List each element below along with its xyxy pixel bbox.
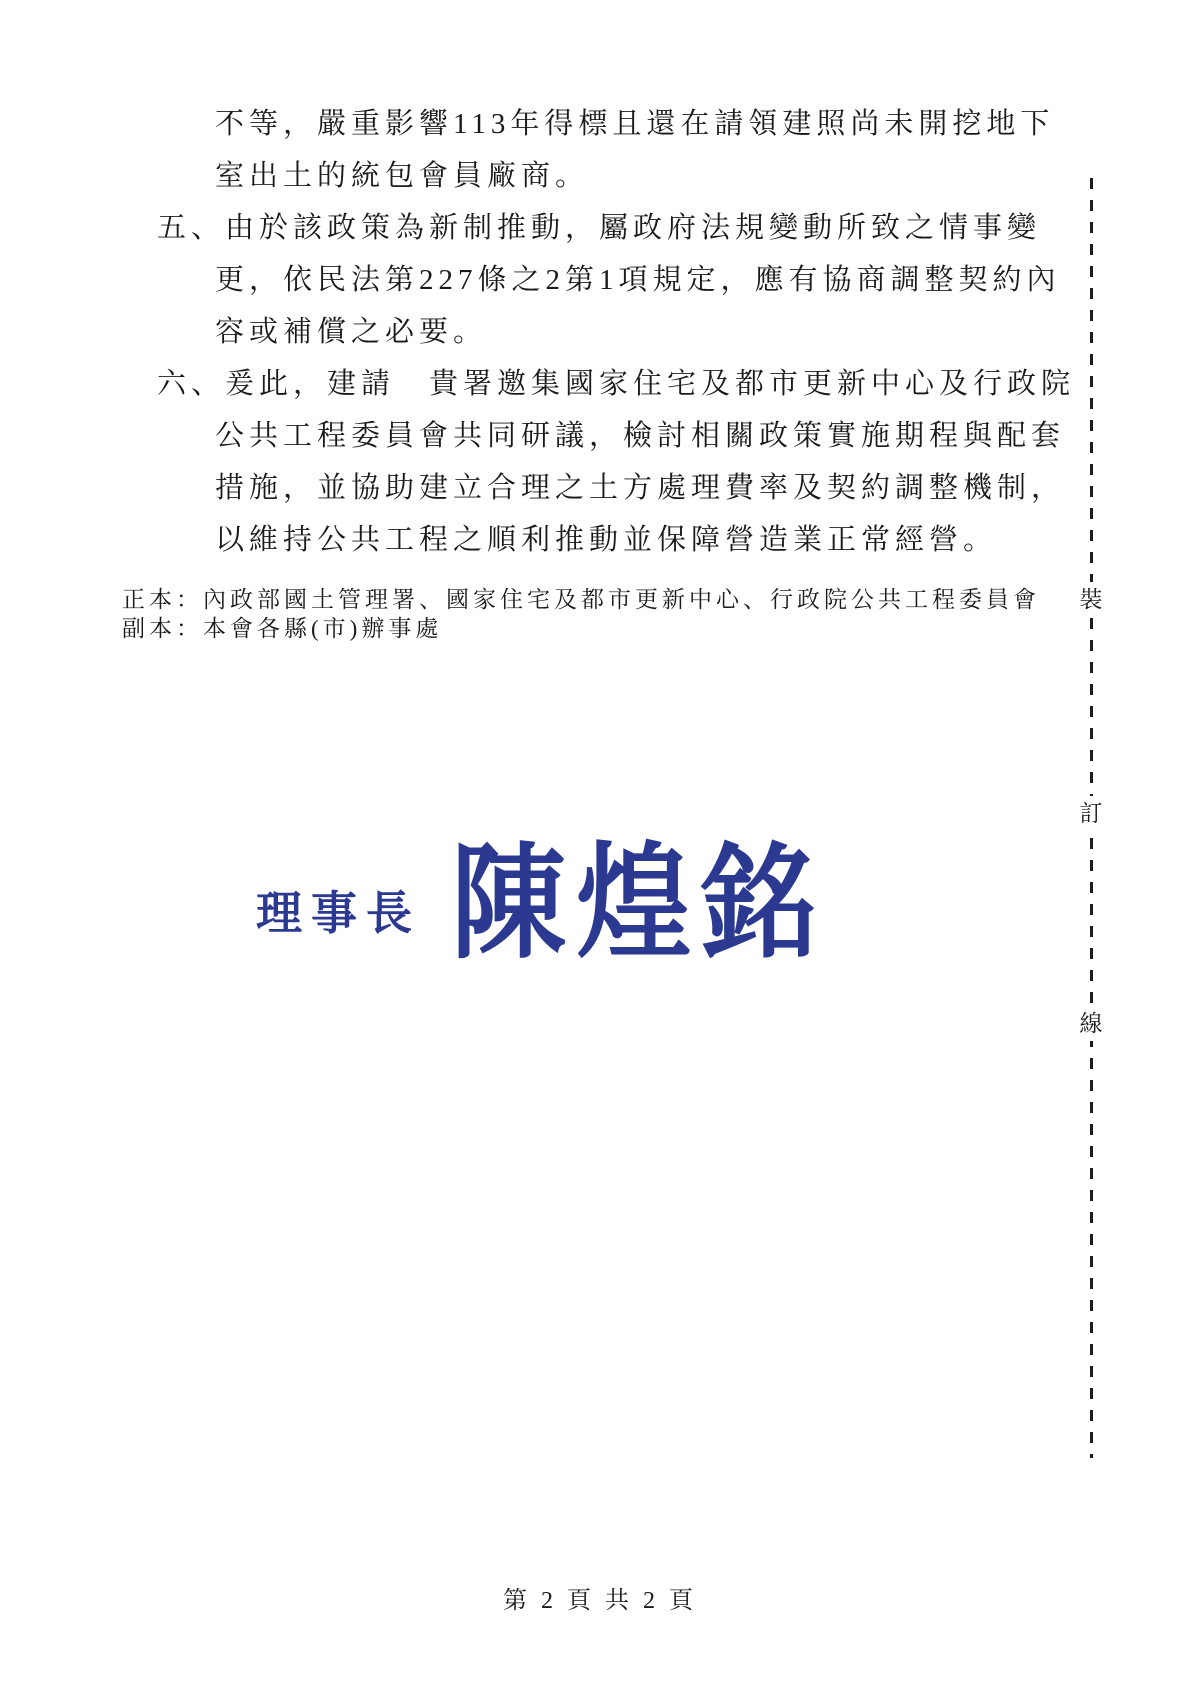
signature-block: 理事長 陳煌銘 (256, 812, 826, 972)
signature-name: 陳煌銘 (451, 803, 826, 981)
cc-recipients-line: 副本：本會各縣(市)辦事處 (122, 614, 1042, 643)
binding-label-bottom: 線 (1080, 1006, 1103, 1041)
original-recipients-line: 正本：內政部國土管理署、國家住宅及都市更新中心、行政院公共工程委員會 (122, 585, 1042, 614)
binding-label-top: 裝 (1080, 582, 1103, 617)
body-line-item-5: 五、由於該政策為新制推動，屬政府法規變動所致之情事變 (157, 202, 1067, 254)
letter-body: 不等，嚴重影響113年得標且還在請領建照尚未開挖地下 室出土的統包會員廠商。 五… (157, 98, 1067, 566)
page-number: 第 2 頁 共 2 頁 (0, 1580, 1200, 1615)
letter-page: 不等，嚴重影響113年得標且還在請領建照尚未開挖地下 室出土的統包會員廠商。 五… (0, 0, 1200, 1697)
body-line: 室出土的統包會員廠商。 (157, 150, 1067, 202)
body-line: 不等，嚴重影響113年得標且還在請領建照尚未開挖地下 (157, 98, 1067, 150)
body-line: 措施，並協助建立合理之土方處理費率及契約調整機制， (157, 462, 1067, 514)
body-line: 更，依民法第227條之2第1項規定，應有協商調整契約內 (157, 254, 1067, 306)
recipients-block: 正本：內政部國土管理署、國家住宅及都市更新中心、行政院公共工程委員會 副本：本會… (122, 585, 1042, 643)
binding-label-middle: 訂 (1080, 796, 1103, 831)
signature-title: 理事長 (256, 877, 421, 943)
body-line: 容或補償之必要。 (157, 306, 1067, 358)
body-line: 公共工程委員會共同研議，檢討相關政策實施期程與配套 (157, 410, 1067, 462)
body-line: 以維持公共工程之順利推動並保障營造業正常經營。 (157, 514, 1067, 566)
body-line-item-6: 六、爰此，建請 貴署邀集國家住宅及都市更新中心及行政院 (157, 358, 1067, 410)
